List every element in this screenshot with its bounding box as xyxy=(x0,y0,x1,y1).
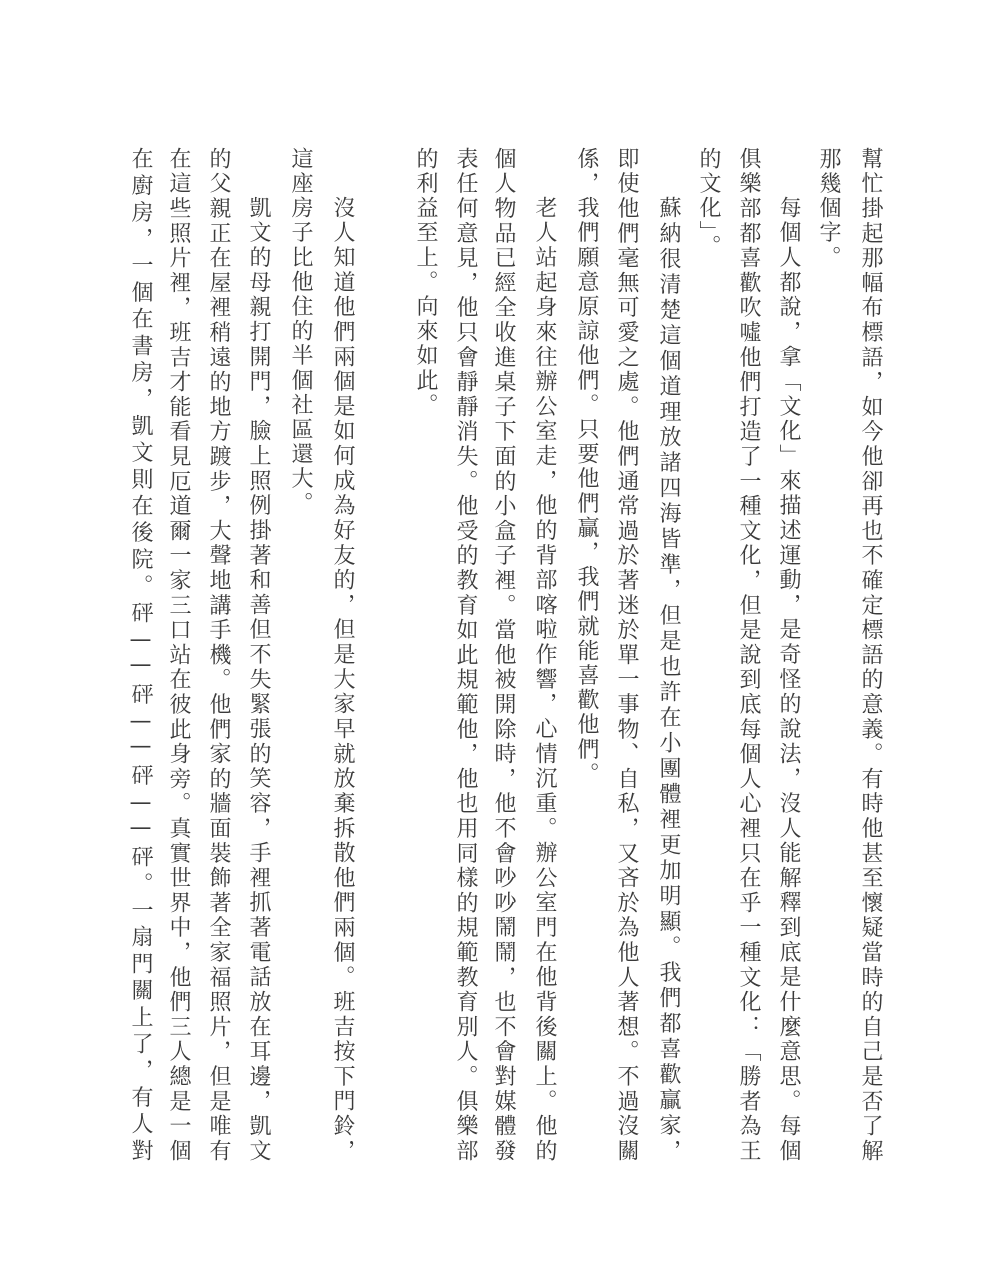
text-column-10: 個人物品已經全收進桌子下面的小盒子裡。當他被開除時，他不會吵吵鬧鬧，也不會對媒體… xyxy=(488,147,518,1161)
text-column-17: 在這些照片裡，班吉才能看見厄道爾一家三口站在彼此身旁。真實世界中，他們三人總是一… xyxy=(163,147,193,1161)
text-column-14: 這座房子比他住的半個社區還大。 xyxy=(285,147,315,1161)
text-column-6: 蘇納很清楚這個道理放諸四海皆準，但是也許在小團體裡更加明顯。我們都喜歡贏家， xyxy=(653,196,683,1161)
text-column-9: 老人站起身來往辦公室走，他的背部喀啦作響，心情沉重。辦公室門在他背後關上。他的 xyxy=(529,196,559,1161)
book-page: 幫忙掛起那幅布標語，如今他卻再也不確定標語的意義。有時他甚至懷疑當時的自己是否了… xyxy=(0,0,1000,1285)
text-column-13: 沒人知道他們兩個是如何成為好友的，但是大家早就放棄拆散他們兩個。班吉按下門鈴， xyxy=(327,196,357,1161)
text-column-7: 即使他們毫無可愛之處。他們通常過於著迷於單一事物、自私，又吝於為他人著想。不過沒… xyxy=(611,147,641,1161)
text-column-3: 每個人都說，拿「文化」來描述運動，是奇怪的說法，沒人能解釋到底是什麼意思。每個 xyxy=(773,196,803,1161)
text-column-8: 係，我們願意原諒他們。只要他們贏，我們就能喜歡他們。 xyxy=(571,147,601,1161)
text-column-1: 幫忙掛起那幅布標語，如今他卻再也不確定標語的意義。有時他甚至懷疑當時的自己是否了… xyxy=(855,147,885,1161)
text-column-16: 的父親正在屋裡稍遠的地方踱步，大聲地講手機。他們家的牆面裝飾著全家福照片，但是唯… xyxy=(203,147,233,1161)
text-column-5: 的文化」。 xyxy=(693,147,723,1161)
text-column-12: 的利益至上。向來如此。 xyxy=(410,147,440,1161)
text-column-15: 凱文的母親打開門，臉上照例掛著和善但不失緊張的笑容，手裡抓著電話放在耳邊，凱文 xyxy=(243,196,273,1161)
text-column-4: 俱樂部都喜歡吹噓他們打造了一種文化，但是說到底每個人心裡只在乎一種文化：「勝者為… xyxy=(733,147,763,1161)
text-column-2: 那幾個字。 xyxy=(813,147,843,1161)
text-column-18: 在廚房，一個在書房，凱文則在後院。砰——砰——砰——砰。一扇門關上了，有人對 xyxy=(125,147,155,1161)
text-column-11: 表任何意見，他只會靜靜消失。他受的教育如此規範他，他也用同樣的規範教育別人。俱樂… xyxy=(450,147,480,1161)
